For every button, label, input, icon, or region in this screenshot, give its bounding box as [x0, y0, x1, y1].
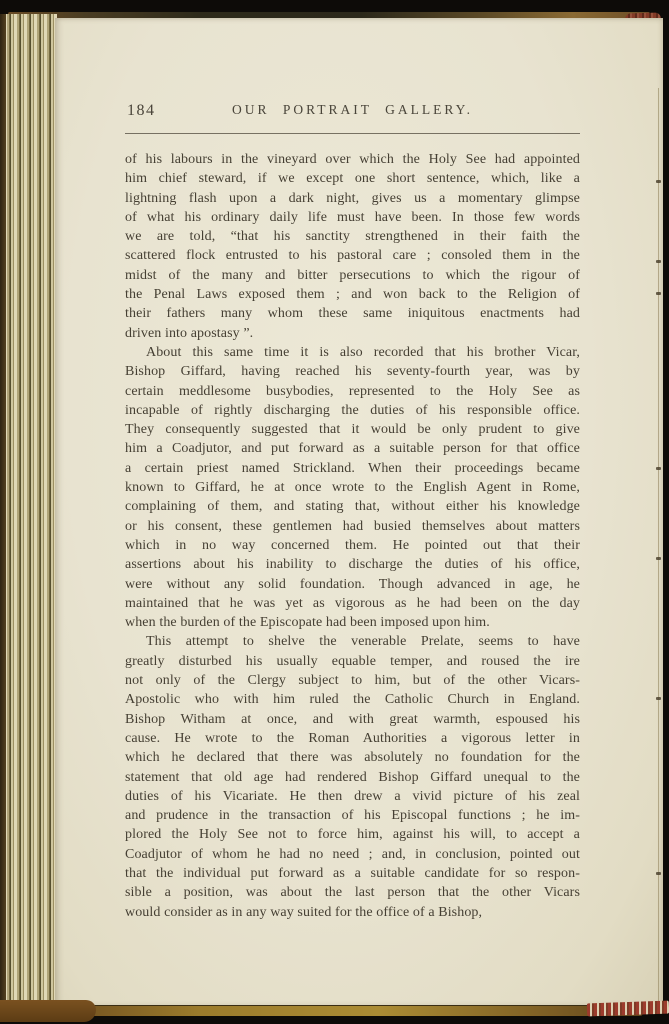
page-edge-tick [656, 260, 661, 263]
text-line: Bishop Witham at once, and with great wa… [125, 710, 580, 729]
text-line: him a Coadjutor, and put forward as a su… [125, 439, 580, 458]
text-line: assertions about his inability to discha… [125, 555, 580, 574]
page-number: 184 [127, 102, 156, 120]
text-line: plored the Holy See not to force him, ag… [125, 825, 580, 844]
text-line: were without any solid foundation. Thoug… [125, 575, 580, 594]
text-line: certain meddlesome busybodies, represent… [125, 382, 580, 401]
text-line: which in no way concerned them. He point… [125, 536, 580, 555]
text-line: we are told, “that his sanctity strength… [125, 227, 580, 246]
page-header: 184 OUR PORTRAIT GALLERY. [125, 102, 580, 120]
text-line: of his labours in the vineyard over whic… [125, 150, 580, 169]
text-line: They consequently suggested that it woul… [125, 420, 580, 439]
text-line: their fathers many whom these same iniqu… [125, 304, 580, 323]
text-line: incapable of rightly discharging the dut… [125, 401, 580, 420]
text-line: midst of the many and bitter persecution… [125, 266, 580, 285]
text-line: maintained that he was yet as vigorous a… [125, 594, 580, 613]
running-title: OUR PORTRAIT GALLERY. [125, 102, 580, 118]
book-headband-bottom-right [587, 1001, 669, 1017]
text-line: Bishop Giffard, having reached his seven… [125, 362, 580, 381]
text-line: Apostolic who with him ruled the Catholi… [125, 690, 580, 709]
text-line: him chief steward, if we except one shor… [125, 169, 580, 188]
book-left-page-edges [0, 14, 57, 1004]
text-line: when the burden of the Episcopate had be… [125, 613, 580, 632]
text-line: would consider as in any way suited for … [125, 903, 580, 922]
text-line: cause. He wrote to the Roman Authorities… [125, 729, 580, 748]
book-cover-corner-bottom-left [0, 1000, 96, 1022]
text-line: a certain priest named Strickland. When … [125, 459, 580, 478]
page-edge-tick [656, 557, 661, 560]
text-line: duties of his Vicariate. He then drew a … [125, 787, 580, 806]
paragraph: of his labours in the vineyard over whic… [125, 150, 580, 343]
text-line: Coadjutor of whom he had no need ; and, … [125, 845, 580, 864]
paragraph: This attempt to shelve the venerable Pre… [125, 632, 580, 921]
page-edge-tick [656, 180, 661, 183]
text-line: or his consent, these gentlemen had busi… [125, 517, 580, 536]
text-line: of what his ordinary daily life must hav… [125, 208, 580, 227]
page-edge-tick [656, 467, 661, 470]
text-line: the Penal Laws exposed them ; and won ba… [125, 285, 580, 304]
text-line: This attempt to shelve the venerable Pre… [125, 632, 580, 651]
text-line: known to Giffard, he at once wrote to th… [125, 478, 580, 497]
text-line: statement that old age had rendered Bish… [125, 768, 580, 787]
printed-content: 184 OUR PORTRAIT GALLERY. of his labours… [125, 102, 580, 922]
page-edge-tick [656, 292, 661, 295]
text-block: of his labours in the vineyard over whic… [125, 150, 580, 922]
book-bottom-gilt-edge [55, 1005, 643, 1016]
text-line: complaining of them, and stating that, w… [125, 497, 580, 516]
header-rule [125, 133, 580, 134]
page-edge-line [658, 88, 659, 1001]
text-line: greatly disturbed his usually equable te… [125, 652, 580, 671]
text-line: scattered flock entrusted to his pastora… [125, 246, 580, 265]
text-line: which he declared that there was absolut… [125, 748, 580, 767]
text-line: lightning flash upon a dark night, gives… [125, 189, 580, 208]
text-line: not only of the Clergy subject to him, b… [125, 671, 580, 690]
paragraph: About this same time it is also recorded… [125, 343, 580, 632]
text-line: About this same time it is also recorded… [125, 343, 580, 362]
page-edge-tick [656, 872, 661, 875]
book-page: 184 OUR PORTRAIT GALLERY. of his labours… [55, 18, 663, 1007]
book-spine-edge [0, 14, 6, 1004]
text-line: sible a position, was about the last per… [125, 883, 580, 902]
text-line: that the individual put forward as a sui… [125, 864, 580, 883]
text-line: and prudence in the transaction of his E… [125, 806, 580, 825]
text-line: driven into apostasy ”. [125, 324, 580, 343]
page-edge-tick [656, 697, 661, 700]
photo-frame: 184 OUR PORTRAIT GALLERY. of his labours… [0, 0, 669, 1024]
